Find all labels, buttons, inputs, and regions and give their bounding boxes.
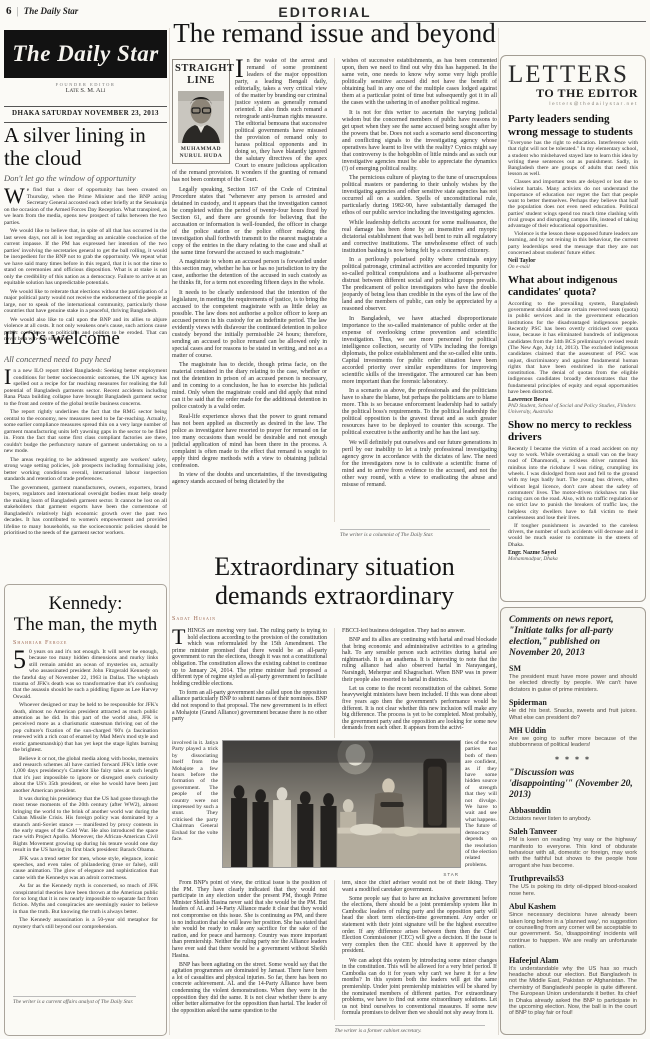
letter-origin: On e-mail [508, 264, 638, 270]
article-paragraph: Some people say that to have an inclusiv… [342, 896, 497, 955]
article-paragraph: BNP has been agitating on the street. So… [172, 962, 327, 1015]
article-paragraph: A magistrate to whom an accused person i… [172, 259, 327, 287]
article-paragraph: BNP and its allies are continuing with h… [342, 637, 497, 683]
extraordinary-byline: Sadat Husain [172, 616, 497, 626]
article-paragraph: To form an all-party government she call… [172, 690, 327, 723]
extraordinary-row-top: THINGS are moving very fast. The ruling … [172, 628, 497, 738]
kennedy-footer: The writer is a current affairs analyst … [13, 996, 136, 1005]
wrap-text-right: ties of the two parties that both of the… [461, 740, 497, 878]
editorial-paragraph: We would like to reiterate that election… [4, 289, 167, 315]
letter-title: What about indigenous candidates' quota? [508, 274, 638, 299]
column-rule-right [498, 28, 499, 1035]
letter-paragraph: Recently I became the victim of a road a… [508, 446, 638, 522]
masthead-logo: The Daily Star [12, 41, 158, 67]
editorial2-title: ILO's welcome recipe [4, 328, 167, 352]
article-paragraph: In Bangladesh, we have attached dispropo… [342, 316, 497, 386]
comment-author: SM [509, 664, 637, 673]
article-paragraph: We can adopt this system by introducing … [342, 958, 497, 1017]
comment-text: The president must have more power and s… [509, 674, 637, 693]
author-name: MUHAMMAD NURUL HUDA [175, 146, 227, 160]
article-paragraph: We will definitely put ourselves and our… [342, 440, 497, 489]
article-paragraph: While leadership deficits account for so… [342, 220, 497, 255]
article-paragraph: wishes of successive establishments, as … [342, 58, 497, 107]
editorial-column: The Daily Star FOUNDER EDITOR Late S. M.… [4, 30, 167, 1035]
letters-subtitle: TO THE EDITOR [508, 87, 638, 99]
extraordinary-col-1: THINGS are moving very fast. The ruling … [172, 628, 334, 738]
editorial2-body: In a new ILO report titled Bangladesh: S… [4, 368, 167, 582]
remand-body: STRAIGHT LINE MUHAMMAD NURUL HUDA [172, 58, 497, 522]
extraordinary-row-bottom: From BNP's point of view, the critical i… [172, 880, 497, 1020]
article-paragraph: As far as the Kennedy myth is concerned,… [13, 883, 158, 915]
editorial1-standfirst: Don't let go the window of opportunity [4, 173, 167, 185]
article-paragraph: In a perilously polarised polity where c… [342, 257, 497, 313]
letter-paragraph: "Everyone has the right to education. In… [508, 140, 638, 178]
comment-text: Dictators never listen to anybody. [509, 816, 637, 822]
opinion-column: The remand issue and beyond STRAIGHT LIN… [172, 14, 497, 1036]
editorial-paragraph: We find that a door of opportunity has b… [4, 187, 167, 226]
remand-column-2: wishes of successive establishments, as … [334, 58, 497, 522]
comment-author: MH Uddin [509, 726, 637, 735]
editorial-paragraph: In a new ILO report titled Bangladesh: S… [4, 368, 167, 407]
comment-text: Since necessary decisions have already b… [509, 912, 637, 950]
comment-author: Abul Kashem [509, 902, 637, 911]
article-paragraph: The magistrate has to decide, though pri… [172, 362, 327, 411]
comment-text: It's understandable why the US has so mu… [509, 966, 637, 1017]
extraordinary-col-2: FBCCI-led business delegation. They had … [334, 628, 497, 738]
comment-author: Saleh Tanveer [509, 827, 637, 836]
extraordinary-photo-row: involved in it. Jatiya Party played a tr… [172, 740, 497, 878]
article-paragraph: Whoever designed or may be held to be re… [13, 702, 158, 753]
dropcap: 5 [13, 649, 29, 670]
letters-title: LETTERS [508, 62, 638, 87]
comment-text: Are we going to suffer more because of t… [509, 736, 637, 749]
dropcap: T [172, 628, 187, 646]
article-paragraph: The pernicious culture of playing to the… [342, 175, 497, 217]
straight-line-tagbox: STRAIGHT LINE MUHAMMAD NURUL HUDA [172, 59, 230, 164]
extraordinary-footer: The writer is a former cabinet secretary… [335, 1025, 485, 1034]
kennedy-body: 50 years on and it's not enough. It will… [13, 649, 158, 993]
founder-block: FOUNDER EDITOR Late S. M. Ali [4, 82, 167, 104]
editorial-paragraph: The report rightly underlines the fact t… [4, 409, 167, 455]
dateline: DHAKA SATURDAY NOVEMBER 23, 2013 [4, 106, 167, 123]
article-paragraph: Legally speaking, Section 167 of the Cod… [172, 187, 327, 257]
letter-body: Recently I became the victim of a road a… [508, 446, 638, 548]
letters-to-editor-box: LETTERS TO THE EDITOR letters@thedailyst… [500, 55, 646, 602]
column-rule-left [169, 28, 170, 1035]
letter-paragraph: According to the prevailing system, Bang… [508, 301, 638, 395]
comment-author: Spiderman [509, 698, 637, 707]
comment-text: The US is poking its dirty oil-dipped bl… [509, 884, 637, 897]
letter-paragraph: Classes and important tests are delayed … [508, 179, 638, 229]
article-paragraph: The Kennedy assassination is a 50-year o… [13, 917, 158, 930]
letter-origin: Mohammadpur, Dhaka [508, 556, 638, 562]
dropcap: W [4, 187, 27, 205]
reader-comments-box: Comments on news report, "Initiate talks… [500, 607, 646, 1035]
comment-text: He did his best. Snacks, sweets and frui… [509, 708, 637, 721]
extraordinary-headline: Extraordinary situation demands extraord… [172, 552, 497, 612]
letter-body: According to the prevailing system, Bang… [508, 301, 638, 395]
letters-email: letters@thedailystar.net [508, 102, 638, 107]
comments-header: Comments on news report, "Initiate talks… [509, 615, 637, 659]
dropcap: I [4, 368, 13, 386]
article-paragraph: It was during his presidency that the US… [13, 796, 158, 854]
editorial-paragraph: The areas requiring to be addressed urge… [4, 457, 167, 483]
comment-author: Abbasuddin [509, 806, 637, 815]
article-paragraph: Believe it or not, the global media alon… [13, 756, 158, 794]
article-paragraph: Let us come to the recent reconstitution… [342, 686, 497, 732]
article-paragraph: THINGS are moving very fast. The ruling … [172, 628, 327, 687]
ceremony-photo [222, 740, 461, 868]
article-paragraph: JFK was a trend setter for men, whose st… [13, 856, 158, 882]
comment-author: Truthprevails53 [509, 874, 637, 883]
stars-divider: * * * * [509, 755, 637, 764]
article-paragraph: In view of the doubts and uncertainties,… [172, 472, 327, 486]
dropcap: I [235, 58, 247, 79]
masthead: The Daily Star [4, 30, 167, 78]
extraordinary-col-3: From BNP's point of view, the critical i… [172, 880, 334, 1020]
founder-name: Late S. M. Ali [4, 87, 167, 94]
letter-paragraph: Violence is the lesson these supposed fu… [508, 231, 638, 256]
wrap-text-left: involved in it. Jatiya Party played a tr… [172, 740, 222, 878]
kennedy-title: Kennedy: The man, the myth [13, 593, 158, 635]
editorial1-title: A silver lining in the cloud [4, 124, 167, 172]
article-paragraph: It is not for this writer to ascertain t… [342, 110, 497, 173]
letter-body: "Everyone has the right to education. In… [508, 140, 638, 256]
comments-header: "Discussion was 'disappointing'" (Novemb… [509, 768, 637, 801]
article-paragraph: tem, since the chief adviser would not b… [342, 880, 497, 893]
letter-paragraph: If tougher punishment is awarded to the … [508, 523, 638, 548]
remand-column-1: STRAIGHT LINE MUHAMMAD NURUL HUDA [172, 58, 334, 522]
kennedy-article-box: Kennedy: The man, the myth Shahriar Fero… [4, 584, 167, 1036]
ceremony-photo-wrap: STAR [222, 740, 461, 878]
kennedy-byline: Shahriar Feroze [13, 640, 158, 646]
article-paragraph: 50 years on and it's not enough. It will… [13, 649, 158, 700]
column-tag: STRAIGHT LINE [175, 63, 227, 87]
letter-origin: PhD Student, School of Social and Policy… [508, 403, 638, 415]
remand-footer: The writer is a columnist of The Daily S… [340, 529, 490, 538]
photo-credit: STAR [443, 872, 459, 877]
article-paragraph: FBCCI-led business delegation. They had … [342, 628, 497, 635]
editorial-paragraph: We would like to believe that, in spite … [4, 228, 167, 287]
remand-headline: The remand issue and beyond [172, 14, 497, 54]
editorial1-body: We find that a door of opportunity has b… [4, 187, 167, 345]
article-paragraph: Real-life experience shows that the powe… [172, 414, 327, 470]
article-paragraph: From BNP's point of view, the critical i… [172, 880, 327, 959]
author-photo [178, 91, 224, 143]
extraordinary-col-4: tem, since the chief adviser would not b… [334, 880, 497, 1020]
letter-title: Party leaders sending wrong message to s… [508, 113, 638, 138]
editorial2-standfirst: All concerned need to pay heed [4, 354, 167, 366]
article-paragraph: It needs to be clearly understood that t… [172, 290, 327, 360]
letter-title: Show no mercy to reckless drivers [508, 419, 638, 444]
article-paragraph: In a scenario as above, the professional… [342, 388, 497, 437]
comment-text: PM is keen on reading 'my way or the hig… [509, 837, 637, 869]
comment-author: Hafeejul Alam [509, 956, 637, 965]
editorial-paragraph: The government, garment manufacturers, o… [4, 485, 167, 537]
